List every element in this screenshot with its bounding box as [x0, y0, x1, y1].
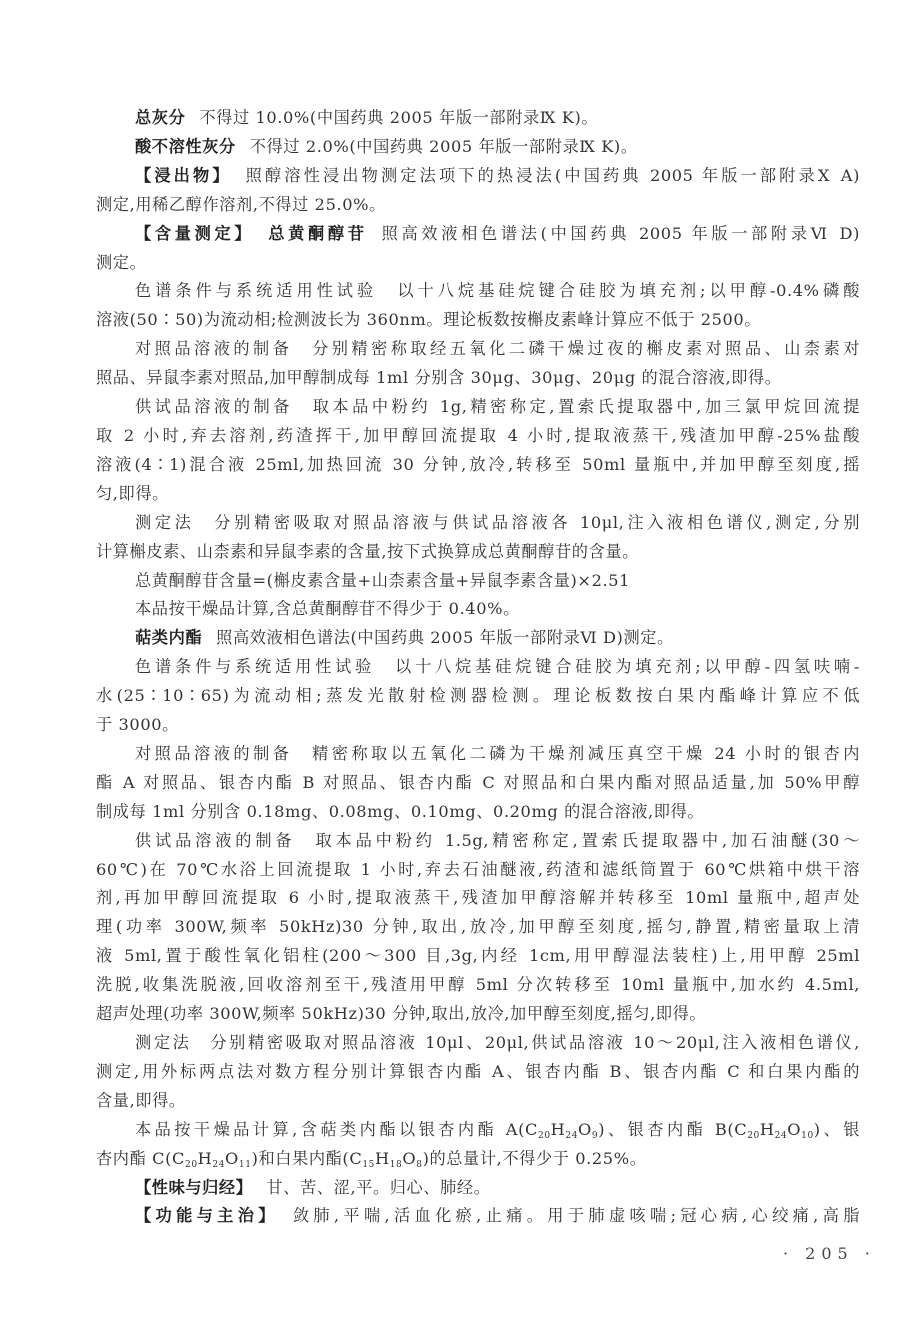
line-text: 测定,用稀乙醇作溶剂,不得过 25.0%。: [96, 195, 386, 214]
line-text: 超声处理(功率 300W,频率 50kHz)30 分钟,取出,放冷,加甲醇至刻度…: [96, 1004, 706, 1023]
line-text: 本品按干燥品计算,含萜类内酯以银杏内酯 A(C20H24O9)、银杏内酯 B(C…: [135, 1120, 860, 1139]
line-text: 不得过 2.0%(中国药典 2005 年版一部附录Ⅸ K)。: [250, 137, 638, 156]
text-line: 色谱条件与系统适用性试验 以十八烷基硅烷键合硅胶为填充剂;以甲醇-四氢呋喃-: [96, 653, 860, 682]
text-line: 取 2 小时,弃去溶剂,药渣挥干,加甲醇回流提取 4 小时,提取液蒸干,残渣加甲…: [96, 422, 860, 451]
line-text: 测定。: [96, 253, 146, 272]
line-text: 取 2 小时,弃去溶剂,药渣挥干,加甲醇回流提取 4 小时,提取液蒸干,残渣加甲…: [96, 426, 860, 445]
text-line: 萜类内酯照高效液相色谱法(中国药典 2005 年版一部附录Ⅵ D)测定。: [96, 624, 860, 653]
line-text: 杏内酯 C(C20H24O11)和白果内酯(C15H18O8)的总量计,不得少于…: [96, 1149, 646, 1168]
text-line: 对照品溶液的制备 精密称取以五氧化二磷为干燥剂减压真空干燥 24 小时的银杏内: [96, 740, 860, 769]
text-line: 溶液(50∶50)为流动相;检测波长为 360nm。理论板数按槲皮素峰计算应不低…: [96, 306, 860, 335]
text-line: 本品按干燥品计算,含萜类内酯以银杏内酯 A(C20H24O9)、银杏内酯 B(C…: [96, 1116, 860, 1145]
text-line: 【浸出物】照醇溶性浸出物测定法项下的热浸法(中国药典 2005 年版一部附录Ⅹ …: [96, 162, 860, 191]
text-line: 酯 A 对照品、银杏内酯 B 对照品、银杏内酯 C 对照品和白果内酯对照品适量,…: [96, 769, 860, 798]
line-text: 甘、苦、涩,平。归心、肺经。: [267, 1178, 491, 1197]
text-line: 60℃)在 70℃水浴上回流提取 1 小时,弃去石油醚液,药渣和滤纸筒置于 60…: [96, 856, 860, 885]
text-line: 测定法 分别精密吸取对照品溶液 10μl、20μl,供试品溶液 10～20μl,…: [96, 1029, 860, 1058]
line-text: 60℃)在 70℃水浴上回流提取 1 小时,弃去石油醚液,药渣和滤纸筒置于 60…: [96, 860, 860, 879]
text-line: 酸不溶性灰分不得过 2.0%(中国药典 2005 年版一部附录Ⅸ K)。: [96, 133, 860, 162]
line-text: 溶液(50∶50)为流动相;检测波长为 360nm。理论板数按槲皮素峰计算应不低…: [96, 310, 761, 329]
line-text: 对照品溶液的制备 精密称取以五氧化二磷为干燥剂减压真空干燥 24 小时的银杏内: [135, 744, 860, 763]
section-heading: 总灰分: [135, 108, 185, 127]
line-text: 对照品溶液的制备 分别精密称取经五氧化二磷干燥过夜的槲皮素对照品、山柰素对: [135, 339, 860, 358]
text-line: 计算槲皮素、山柰素和异鼠李素的含量,按下式换算成总黄酮醇苷的含量。: [96, 538, 860, 567]
text-line: 色谱条件与系统适用性试验 以十八烷基硅烷键合硅胶为填充剂;以甲醇-0.4%磷酸: [96, 277, 860, 306]
text-line: 本品按干燥品计算,含总黄酮醇苷不得少于 0.40%。: [96, 595, 860, 624]
line-text: 剂,再加甲醇回流提取 6 小时,提取液蒸干,残渣加甲醇溶解并转移至 10ml 量…: [96, 888, 860, 907]
text-line: 剂,再加甲醇回流提取 6 小时,提取液蒸干,残渣加甲醇溶解并转移至 10ml 量…: [96, 884, 860, 913]
text-line: 制成每 1ml 分别含 0.18mg、0.08mg、0.10mg、0.20mg …: [96, 798, 860, 827]
line-text: 敛肺,平喘,活血化瘀,止痛。用于肺虚咳喘;冠心病,心绞痛,高脂: [293, 1206, 860, 1225]
text-line: 照品、异鼠李素对照品,加甲醇制成每 1ml 分别含 30μg、30μg、20μg…: [96, 364, 860, 393]
line-text: 洗脱,收集洗脱液,回收溶剂至干,残渣用甲醇 5ml 分次转移至 10ml 量瓶中…: [96, 975, 860, 994]
text-line: 水(25∶10∶65)为流动相;蒸发光散射检测器检测。理论板数按白果内酯峰计算应…: [96, 682, 860, 711]
line-text: 照高效液相色谱法(中国药典 2005 年版一部附录Ⅵ D)测定。: [216, 628, 674, 647]
line-text: 计算槲皮素、山柰素和异鼠李素的含量,按下式换算成总黄酮醇苷的含量。: [96, 542, 639, 561]
line-text: 酯 A 对照品、银杏内酯 B 对照品、银杏内酯 C 对照品和白果内酯对照品适量,…: [96, 773, 860, 792]
text-line: 液 5ml,置于酸性氧化铝柱(200～300 目,3g,内经 1cm,用甲醇湿法…: [96, 942, 860, 971]
text-line: 测定,用外标两点法对数方程分别计算银杏内酯 A、银杏内酯 B、银杏内酯 C 和白…: [96, 1058, 860, 1087]
line-text: 溶液(4∶1)混合液 25ml,加热回流 30 分钟,放冷,转移至 50ml 量…: [96, 455, 860, 474]
text-line: 理(功率 300W,频率 50kHz)30 分钟,取出,放冷,加甲醇至刻度,摇匀…: [96, 913, 860, 942]
section-heading: 【浸出物】: [135, 166, 232, 185]
line-text: 测定,用外标两点法对数方程分别计算银杏内酯 A、银杏内酯 B、银杏内酯 C 和白…: [96, 1062, 860, 1081]
section-heading: 【性味与归经】: [135, 1178, 253, 1197]
line-text: 含量,即得。: [96, 1091, 186, 1110]
line-text: 色谱条件与系统适用性试验 以十八烷基硅烷键合硅胶为填充剂;以甲醇-四氢呋喃-: [135, 657, 860, 676]
text-line: 测定,用稀乙醇作溶剂,不得过 25.0%。: [96, 191, 860, 220]
line-text: 照高效液相色谱法(中国药典 2005 年版一部附录Ⅵ D): [382, 224, 860, 243]
section-heading: 萜类内酯: [135, 628, 202, 647]
section-heading: 【含量测定】: [135, 224, 254, 243]
text-line: 【功能与主治】敛肺,平喘,活血化瘀,止痛。用于肺虚咳喘;冠心病,心绞痛,高脂: [96, 1202, 860, 1231]
section-heading: 【功能与主治】: [135, 1206, 279, 1225]
line-text: 色谱条件与系统适用性试验 以十八烷基硅烷键合硅胶为填充剂;以甲醇-0.4%磷酸: [135, 281, 860, 300]
text-line: 【含量测定】总黄酮醇苷照高效液相色谱法(中国药典 2005 年版一部附录Ⅵ D): [96, 220, 860, 249]
line-text: 供试品溶液的制备 取本品中粉约 1.5g,精密称定,置索氏提取器中,加石油醚(3…: [135, 831, 860, 850]
section-heading: 酸不溶性灰分: [135, 137, 236, 156]
text-line: 于 3000。: [96, 711, 860, 740]
line-text: 测定法 分别精密吸取对照品溶液与供试品溶液各 10μl,注入液相色谱仪,测定,分…: [135, 513, 860, 532]
line-text: 于 3000。: [96, 715, 179, 734]
line-text: 制成每 1ml 分别含 0.18mg、0.08mg、0.10mg、0.20mg …: [96, 802, 704, 821]
text-line: 洗脱,收集洗脱液,回收溶剂至干,残渣用甲醇 5ml 分次转移至 10ml 量瓶中…: [96, 971, 860, 1000]
text-line: 对照品溶液的制备 分别精密称取经五氧化二磷干燥过夜的槲皮素对照品、山柰素对: [96, 335, 860, 364]
line-text: 不得过 10.0%(中国药典 2005 年版一部附录Ⅸ K)。: [199, 108, 598, 127]
line-text: 匀,即得。: [96, 484, 169, 503]
subsection-heading: 总黄酮醇苷: [268, 224, 367, 243]
line-text: 照醇溶性浸出物测定法项下的热浸法(中国药典 2005 年版一部附录Ⅹ A): [246, 166, 860, 185]
text-line: 超声处理(功率 300W,频率 50kHz)30 分钟,取出,放冷,加甲醇至刻度…: [96, 1000, 860, 1029]
line-text: 理(功率 300W,频率 50kHz)30 分钟,取出,放冷,加甲醇至刻度,摇匀…: [96, 917, 860, 936]
page-number: · 205 ·: [783, 1244, 876, 1263]
line-text: 液 5ml,置于酸性氧化铝柱(200～300 目,3g,内经 1cm,用甲醇湿法…: [96, 946, 860, 965]
text-line: 供试品溶液的制备 取本品中粉约 1g,精密称定,置索氏提取器中,加三氯甲烷回流提: [96, 393, 860, 422]
text-line: 供试品溶液的制备 取本品中粉约 1.5g,精密称定,置索氏提取器中,加石油醚(3…: [96, 827, 860, 856]
line-text: 测定法 分别精密吸取对照品溶液 10μl、20μl,供试品溶液 10～20μl,…: [135, 1033, 860, 1052]
text-line: 测定法 分别精密吸取对照品溶液与供试品溶液各 10μl,注入液相色谱仪,测定,分…: [96, 509, 860, 538]
document-page: 总灰分不得过 10.0%(中国药典 2005 年版一部附录Ⅸ K)。酸不溶性灰分…: [96, 104, 860, 1231]
line-text: 总黄酮醇苷含量=(槲皮素含量+山柰素含量+异鼠李素含量)×2.51: [135, 571, 630, 590]
text-line: 溶液(4∶1)混合液 25ml,加热回流 30 分钟,放冷,转移至 50ml 量…: [96, 451, 860, 480]
text-line: 总灰分不得过 10.0%(中国药典 2005 年版一部附录Ⅸ K)。: [96, 104, 860, 133]
text-line: 含量,即得。: [96, 1087, 860, 1116]
text-line: 测定。: [96, 249, 860, 278]
text-line: 【性味与归经】甘、苦、涩,平。归心、肺经。: [96, 1174, 860, 1203]
line-text: 照品、异鼠李素对照品,加甲醇制成每 1ml 分别含 30μg、30μg、20μg…: [96, 368, 782, 387]
line-text: 供试品溶液的制备 取本品中粉约 1g,精密称定,置索氏提取器中,加三氯甲烷回流提: [135, 397, 860, 416]
line-text: 本品按干燥品计算,含总黄酮醇苷不得少于 0.40%。: [135, 599, 520, 618]
text-line: 总黄酮醇苷含量=(槲皮素含量+山柰素含量+异鼠李素含量)×2.51: [96, 567, 860, 596]
line-text: 水(25∶10∶65)为流动相;蒸发光散射检测器检测。理论板数按白果内酯峰计算应…: [96, 686, 860, 705]
text-line: 匀,即得。: [96, 480, 860, 509]
text-line: 杏内酯 C(C20H24O11)和白果内酯(C15H18O8)的总量计,不得少于…: [96, 1145, 860, 1174]
